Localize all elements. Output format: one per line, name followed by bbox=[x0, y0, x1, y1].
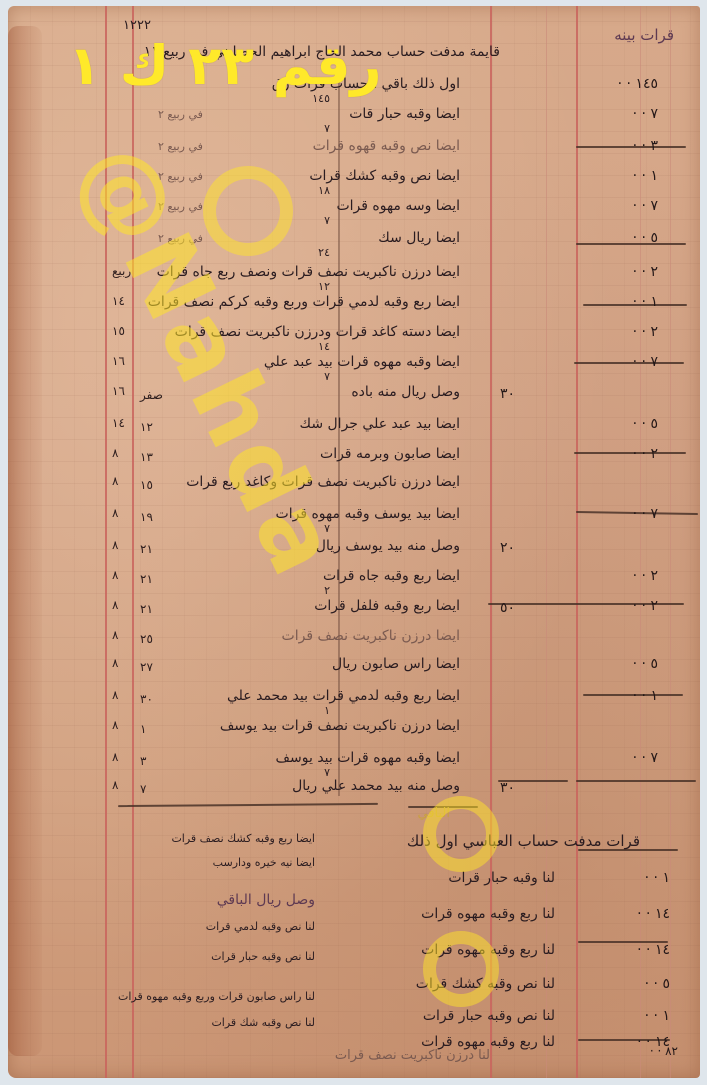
column-heading: قرات بينه bbox=[614, 26, 674, 44]
margin-day: ٨ bbox=[112, 446, 118, 460]
entry-text: ايضا ريال سك bbox=[378, 230, 460, 246]
ledger-year: ١٢٢٢ bbox=[123, 18, 151, 33]
ledger-page: قايمة مدفت حساب محمد الحاج ابراهيم الحصا… bbox=[8, 6, 700, 1078]
entry-text: ايضا وقبه حبار قات bbox=[349, 106, 460, 122]
margin-date: ١٥ bbox=[140, 478, 153, 492]
entry-amount: ٢ · · bbox=[633, 598, 658, 614]
entry-subnote: ١ bbox=[324, 704, 330, 717]
margin-date: ٢٧ bbox=[140, 660, 153, 674]
entry-text: ايضا نص وقبه قهوه قرات bbox=[313, 138, 460, 154]
subtotal-rule bbox=[576, 243, 686, 245]
section2-left-entry: ايضا ربع وقبه كشك نصف قرات bbox=[171, 832, 315, 845]
margin-day: ١٤ bbox=[112, 416, 125, 430]
entry-text: ايضا صابون وبرمه قرات bbox=[320, 446, 460, 462]
section2-total: ٨٢ · · bbox=[650, 1044, 678, 1058]
margin-day: ١٦ bbox=[112, 354, 125, 368]
entry-subnote: ٢ bbox=[324, 584, 330, 597]
section2-amount: ١٤ · · bbox=[637, 906, 670, 922]
entry-subnote: ١٢ bbox=[318, 280, 330, 293]
margin-day: ٨ bbox=[112, 688, 118, 702]
entry-text: ايضا درزن ناكبريت نصف قرات بيد يوسف bbox=[220, 718, 460, 734]
margin-date: ٢١ bbox=[140, 602, 153, 616]
entry-credit: ٢٠ bbox=[500, 540, 515, 556]
column-rule bbox=[670, 6, 671, 1078]
section2-left-entry: لنا نص وقبه حبار قرات bbox=[211, 950, 315, 963]
entry-text: وصل ريال منه باده bbox=[351, 384, 460, 400]
entry-subnote: ٢٤ bbox=[318, 246, 330, 259]
watermark-ring bbox=[423, 931, 499, 1007]
watermark-ring bbox=[423, 796, 499, 872]
entry-amount: ٢ · · bbox=[633, 568, 658, 584]
margin-day: ٨ bbox=[112, 750, 118, 764]
subtotal-rule bbox=[574, 362, 684, 364]
margin-date: ١٢ bbox=[140, 420, 153, 434]
margin-date: ٧ bbox=[140, 782, 146, 796]
entry-credit: ٥٠ bbox=[500, 600, 515, 616]
margin-day: ٨ bbox=[112, 778, 118, 792]
margin-date: ١ bbox=[140, 722, 146, 736]
margin-day: ٨ bbox=[112, 568, 118, 582]
water-stain bbox=[8, 26, 42, 1056]
entry-text: ايضا وقبه مهوه قرات بيد عبد علي bbox=[264, 354, 460, 370]
margin-day: ٨ bbox=[112, 628, 118, 642]
subtotal-rule bbox=[576, 146, 686, 148]
entry-amount: ٣ · · bbox=[633, 138, 658, 154]
margin-day: ٨ bbox=[112, 538, 118, 552]
entry-text: ايضا ربع وقبه جاه قرات bbox=[323, 568, 460, 584]
section2-left-entry: ايضا نيه خيره ودارسب bbox=[213, 856, 315, 869]
entry-text: ايضا نص وقبه كشك قرات bbox=[309, 168, 460, 184]
entry-text: ايضا وسه مهوه قرات bbox=[336, 198, 460, 214]
entry-text: ايضا وقبه مهوه قرات بيد يوسف bbox=[276, 750, 460, 766]
entry-date-note: في ربيع ٢ bbox=[158, 108, 203, 121]
section2-left-entry: وصل ريال الباقي bbox=[217, 892, 315, 908]
entry-amount: ٧ · · bbox=[633, 106, 658, 122]
entry-amount: ١ · · bbox=[633, 168, 658, 184]
margin-day: ٨ bbox=[112, 718, 118, 732]
margin-day: ٨ bbox=[112, 474, 118, 488]
subtotal-rule bbox=[574, 452, 686, 454]
entry-text: ايضا درزن ناكبريت نصف قرات bbox=[282, 628, 460, 644]
entry-amount: ٢ · · bbox=[633, 324, 658, 340]
entry-amount: ١٤٥ · · bbox=[618, 76, 658, 92]
entry-amount: ١ · · bbox=[633, 294, 658, 310]
section2-amount: ٥ · · bbox=[645, 976, 670, 992]
entry-subnote: ٧ bbox=[324, 370, 330, 383]
entry-subnote: ١٨ bbox=[318, 184, 330, 197]
entry-amount: ٥ · · bbox=[633, 230, 658, 246]
entry-amount: ٧ · · bbox=[633, 750, 658, 766]
archive-label: رقم ٢٣ ك ١ bbox=[68, 34, 382, 97]
section-divider bbox=[118, 803, 378, 807]
section2-entry: لنا ربع وقبه مهوه قرات bbox=[421, 906, 555, 922]
margin-date: ٢١ bbox=[140, 572, 153, 586]
margin-date: ٢٥ bbox=[140, 632, 153, 646]
section2-left-entry: لنا نص وقبه لدمي قرات bbox=[206, 920, 315, 933]
entry-text: ايضا راس صابون ريال bbox=[332, 656, 460, 672]
entry-subnote: ٧ bbox=[324, 122, 330, 135]
margin-date: صفر bbox=[140, 388, 163, 402]
margin-day: ١٥ bbox=[112, 324, 125, 338]
entry-text: ايضا ربع وقبه فلفل قرات bbox=[314, 598, 460, 614]
section2-left-entry: لنا راس صابون قرات وربع وقبه مهوه قرات bbox=[118, 990, 315, 1003]
entry-text: ايضا ربع وقبه لدمي قرات بيد محمد علي bbox=[227, 688, 460, 704]
entry-amount: ٢ · · bbox=[633, 264, 658, 280]
section2-entry: لنا نص وقبه حبار قرات bbox=[423, 1008, 555, 1024]
margin-date: ٢١ bbox=[140, 542, 153, 556]
entry-amount: ٢ · · bbox=[633, 446, 658, 462]
entry-amount: ٥ · · bbox=[633, 656, 658, 672]
section2-left-entry: لنا نص وقبه شك قرات bbox=[211, 1016, 315, 1029]
entry-amount: ٥ · · bbox=[633, 416, 658, 432]
margin-day: ٨ bbox=[112, 506, 118, 520]
entry-amount: ٧ · · bbox=[633, 354, 658, 370]
entry-amount: ٧ · · bbox=[633, 198, 658, 214]
margin-day: ٨ bbox=[112, 656, 118, 670]
entry-credit: ٣٠ bbox=[500, 780, 515, 796]
entry-credit: ٣٠ bbox=[500, 386, 515, 402]
entry-amount: ١ · · bbox=[633, 688, 658, 704]
subtotal-rule bbox=[576, 780, 696, 782]
margin-date: ١٣ bbox=[140, 450, 153, 464]
section2-amount: ١ · · bbox=[645, 1008, 670, 1024]
margin-day: ١٦ bbox=[112, 384, 125, 398]
entry-amount: ٧ · · bbox=[633, 506, 658, 522]
margin-date: ٣٠ bbox=[140, 692, 153, 706]
margin-date: ١٩ bbox=[140, 510, 153, 524]
entry-text: وصل منه بيد محمد علي ريال bbox=[292, 778, 460, 794]
watermark-ring bbox=[203, 166, 293, 256]
entry-text: ايضا بيد عبد علي جرال شك bbox=[300, 416, 460, 432]
entry-subnote: ١٤ bbox=[318, 340, 330, 353]
margin-day: ٨ bbox=[112, 598, 118, 612]
faded-bottom-line: لنا درزن ناكبريت نصف قرات bbox=[335, 1048, 490, 1063]
margin-date: ٣ bbox=[140, 754, 146, 768]
entry-subnote: ٧ bbox=[324, 214, 330, 227]
section2-entry: لنا وقبه حبار قرات bbox=[448, 870, 555, 886]
section2-amount: ١ · · bbox=[645, 870, 670, 886]
column-rule bbox=[576, 6, 578, 1078]
section2-amount: ١٤ · · bbox=[637, 942, 670, 958]
